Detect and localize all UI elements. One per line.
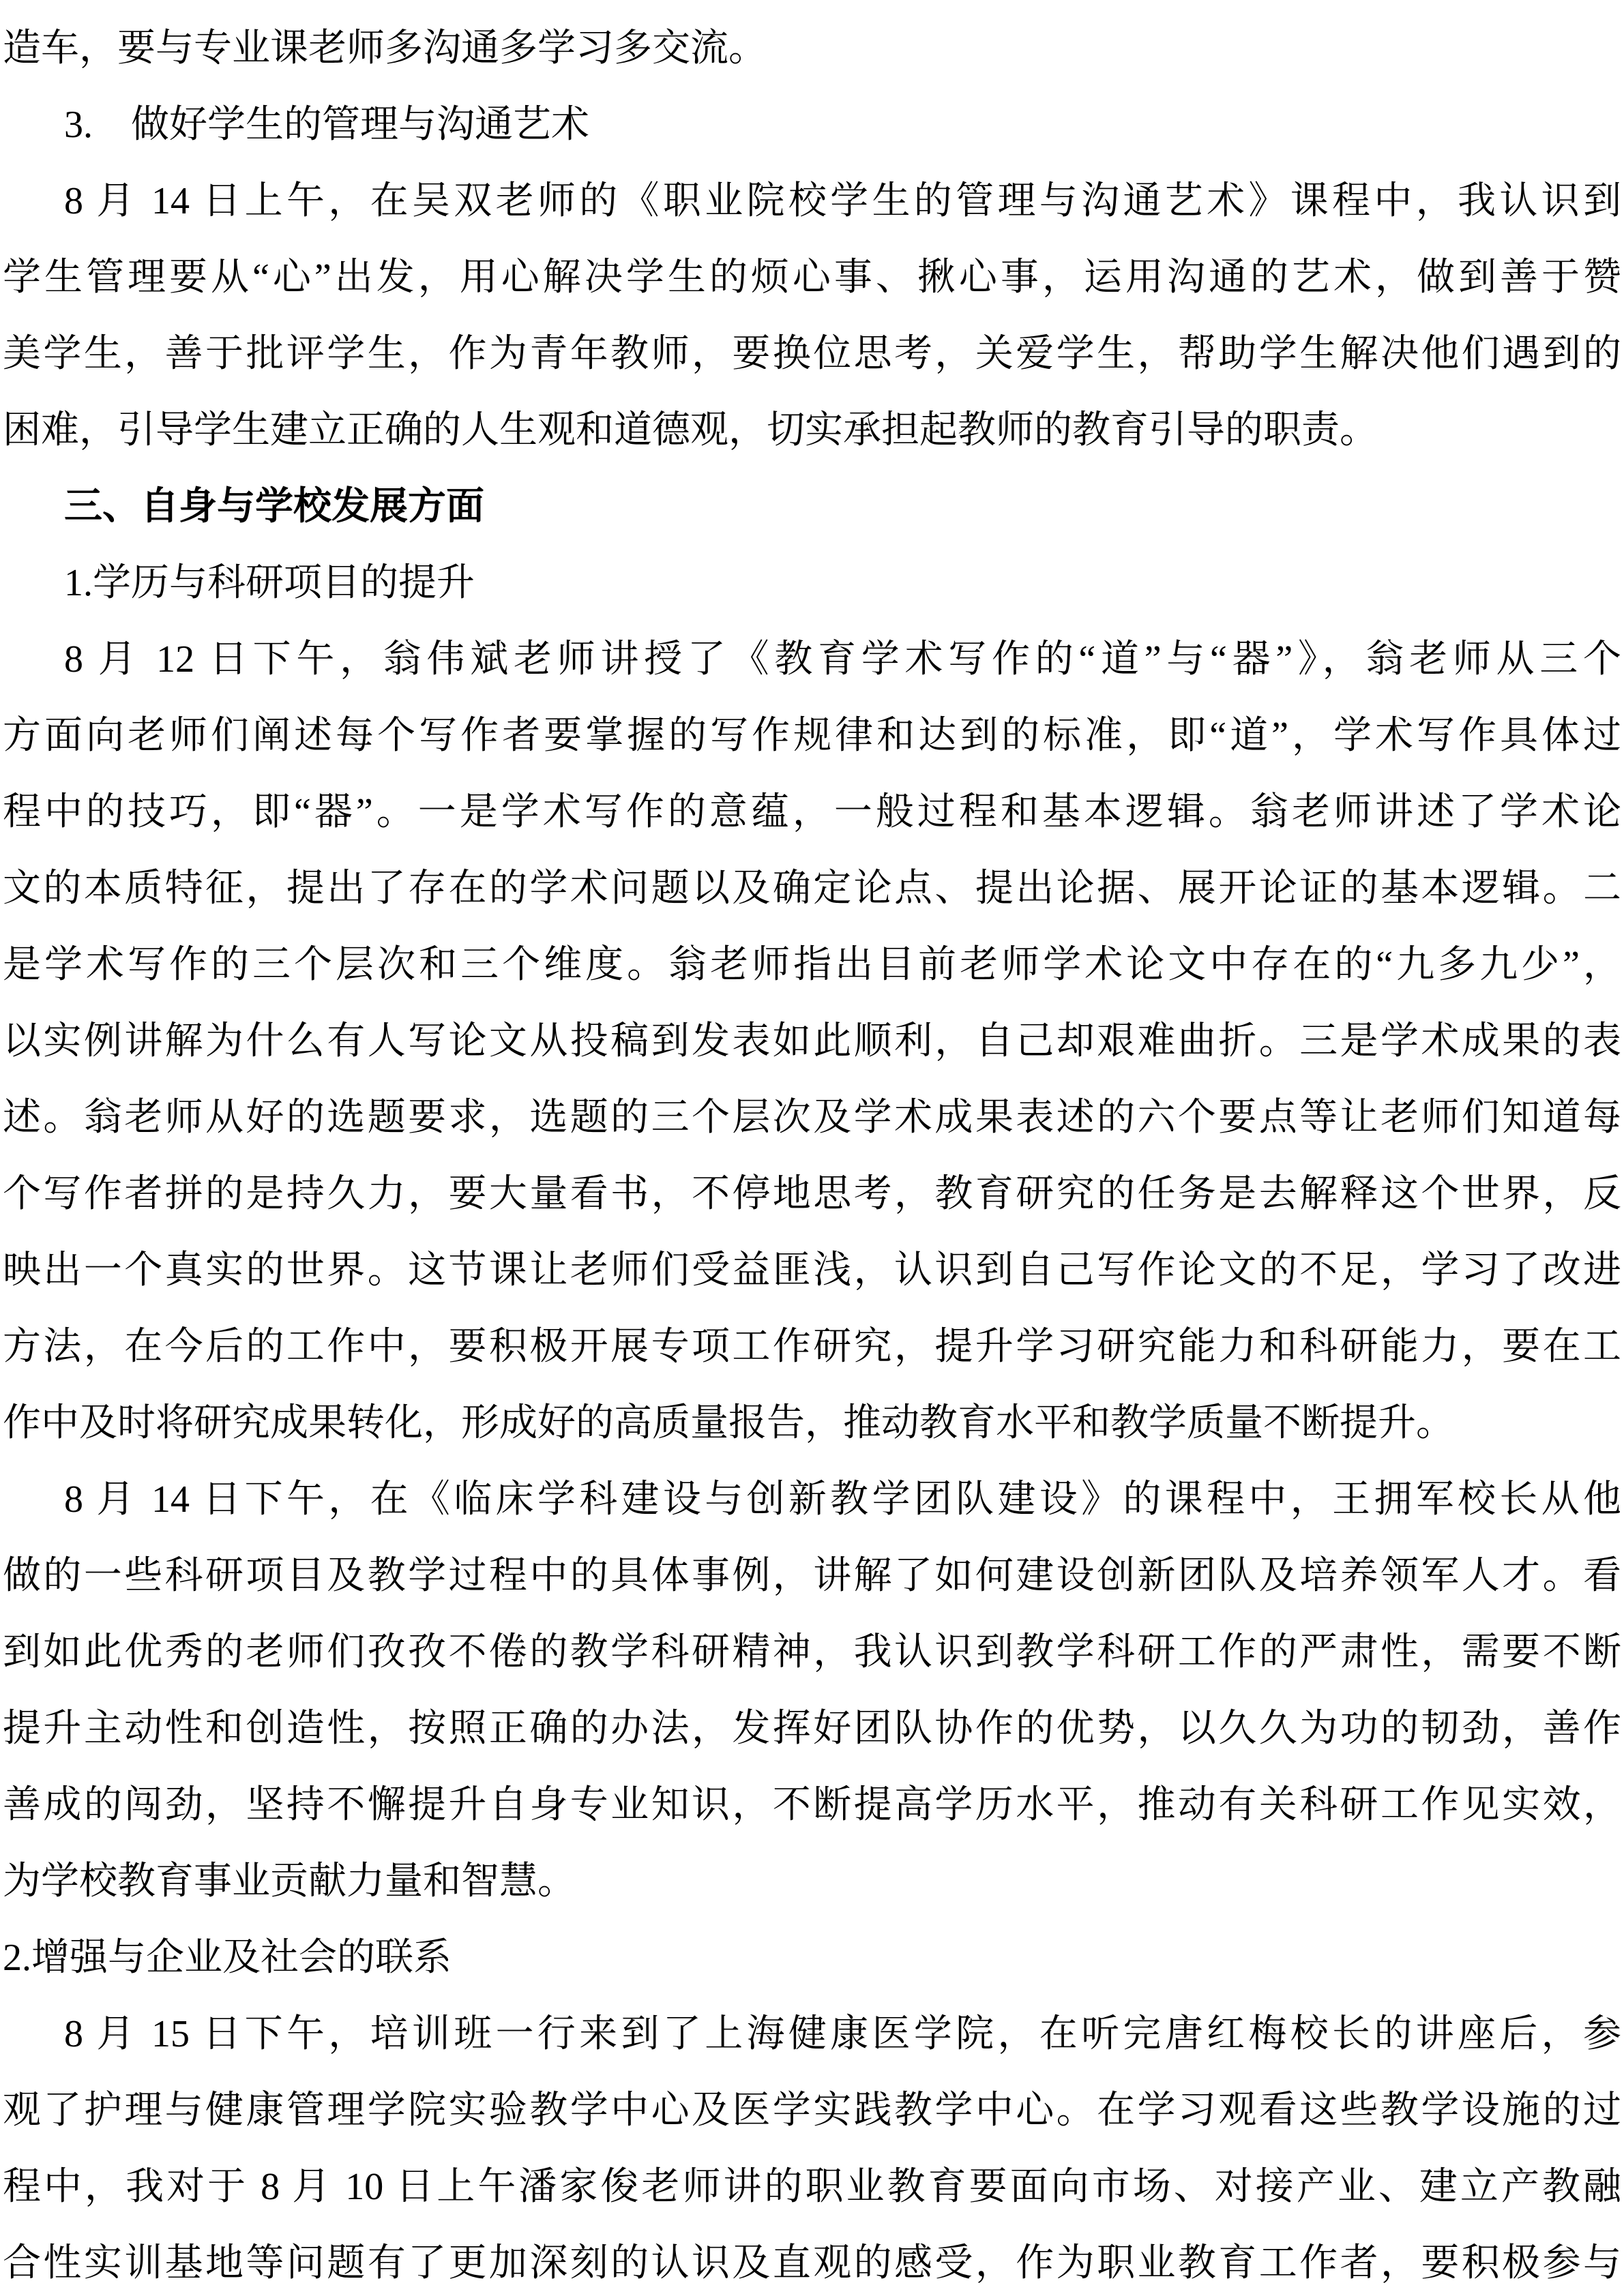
paragraph-line: 方面向老师们阐述每个写作者要掌握的写作规律和达到的标准，即“道”，学术写作具体过	[3, 698, 1621, 774]
document-page: 造车，要与专业课老师多沟通多学习多交流。3. 做好学生的管理与沟通艺术8 月 1…	[0, 0, 1624, 2296]
paragraph-line: 学生管理要从“心”出发，用心解决学生的烦心事、揪心事，运用沟通的艺术，做到善于赞	[3, 239, 1621, 316]
paragraph-line: 做的一些科研项目及教学过程中的具体事例，讲解了如何建设创新团队及培养领军人才。看	[3, 1538, 1621, 1614]
paragraph-line: 方法，在今后的工作中，要积极开展专项工作研究，提升学习研究能力和科研能力，要在工	[3, 1309, 1621, 1385]
paragraph-line: 提升主动性和创造性，按照正确的办法，发挥好团队协作的优势，以久久为功的韧劲，善作	[3, 1690, 1621, 1767]
paragraph-line: 程中，我对于 8 月 10 日上午潘家俊老师讲的职业教育要面向市场、对接产业、建…	[3, 2149, 1621, 2225]
paragraph-line: 合性实训基地等问题有了更加深刻的认识及直观的感受，作为职业教育工作者，要积极参与	[3, 2225, 1621, 2296]
paragraph-line: 困难，引导学生建立正确的人生观和道德观，切实承担起教师的教育引导的职责。	[3, 392, 1621, 468]
paragraph-line: 8 月 12 日下午，翁伟斌老师讲授了《教育学术写作的“道”与“器”》，翁老师从…	[3, 621, 1621, 698]
paragraph-line: 述。翁老师从好的选题要求，选题的三个层次及学术成果表述的六个要点等让老师们知道每	[3, 1079, 1621, 1156]
paragraph-line: 映出一个真实的世界。这节课让老师们受益匪浅，认识到自己写作论文的不足，学习了改进	[3, 1232, 1621, 1309]
paragraph-line: 文的本质特征，提出了存在的学术问题以及确定论点、提出论据、展开论证的基本逻辑。二	[3, 850, 1621, 927]
paragraph-line: 美学生，善于批评学生，作为青年教师，要换位思考，关爱学生，帮助学生解决他们遇到的	[3, 316, 1621, 392]
paragraph-line: 到如此优秀的老师们孜孜不倦的教学科研精神，我认识到教学科研工作的严肃性，需要不断	[3, 1614, 1621, 1690]
paragraph-line: 是学术写作的三个层次和三个维度。翁老师指出目前老师学术论文中存在的“九多九少”，	[3, 927, 1621, 1003]
paragraph-line: 以实例讲解为什么有人写论文从投稿到发表如此顺利，自己却艰难曲折。三是学术成果的表	[3, 1003, 1621, 1079]
paragraph-line: 为学校教育事业贡献力量和智慧。	[3, 1843, 1621, 1920]
subsection-heading: 2.增强与企业及社会的联系	[3, 1920, 1621, 1996]
section-heading: 三、自身与学校发展方面	[3, 468, 1621, 545]
paragraph-line: 8 月 15 日下午，培训班一行来到了上海健康医学院，在听完唐红梅校长的讲座后，…	[3, 1996, 1621, 2072]
subsection-heading: 1.学历与科研项目的提升	[3, 545, 1621, 621]
paragraph-line: 观了护理与健康管理学院实验教学中心及医学实践教学中心。在学习观看这些教学设施的过	[3, 2072, 1621, 2149]
paragraph-line: 善成的闯劲，坚持不懈提升自身专业知识，不断提高学历水平，推动有关科研工作见实效，	[3, 1767, 1621, 1843]
paragraph-line: 程中的技巧，即“器”。一是学术写作的意蕴，一般过程和基本逻辑。翁老师讲述了学术论	[3, 774, 1621, 850]
paragraph-line: 造车，要与专业课老师多沟通多学习多交流。	[3, 10, 1621, 87]
paragraph-line: 个写作者拼的是持久力，要大量看书，不停地思考，教育研究的任务是去解释这个世界，反	[3, 1156, 1621, 1232]
paragraph-line: 作中及时将研究成果转化，形成好的高质量报告，推动教育水平和教学质量不断提升。	[3, 1385, 1621, 1461]
paragraph-line: 8 月 14 日上午，在吴双老师的《职业院校学生的管理与沟通艺术》课程中，我认识…	[3, 163, 1621, 239]
paragraph-line: 8 月 14 日下午，在《临床学科建设与创新教学团队建设》的课程中，王拥军校长从…	[3, 1461, 1621, 1538]
list-item-heading: 3. 做好学生的管理与沟通艺术	[3, 87, 1621, 163]
